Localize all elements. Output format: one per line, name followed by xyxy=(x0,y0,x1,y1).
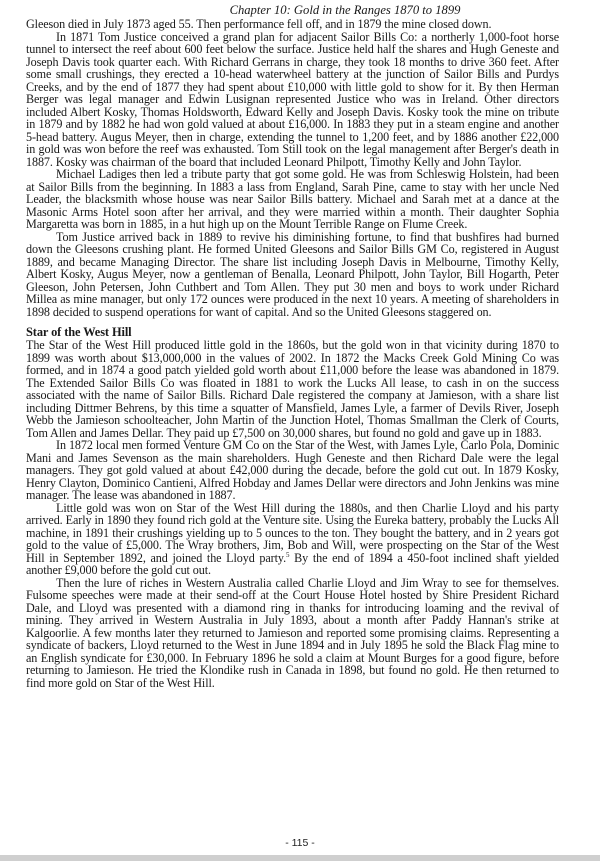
paragraph: In 1872 local men formed Venture GM Co o… xyxy=(26,439,559,502)
paragraph: Michael Ladiges then led a tribute party… xyxy=(26,168,559,231)
paragraph: Little gold was won on Star of the West … xyxy=(26,502,559,577)
paragraph: The Star of the West Hill produced littl… xyxy=(26,339,559,439)
paragraph: Then the lure of riches in Western Austr… xyxy=(26,577,559,690)
page-bottom-edge xyxy=(0,855,600,861)
paragraph: Tom Justice arrived back in 1889 to revi… xyxy=(26,231,559,319)
running-header: Chapter 10: Gold in the Ranges 1870 to 1… xyxy=(0,2,600,18)
document-page: Chapter 10: Gold in the Ranges 1870 to 1… xyxy=(0,0,600,855)
page-number: - 115 - xyxy=(0,837,600,849)
paragraph: Gleeson died in July 1873 aged 55. Then … xyxy=(26,18,559,31)
body-text: Gleeson died in July 1873 aged 55. Then … xyxy=(26,18,559,689)
paragraph: In 1871 Tom Justice conceived a grand pl… xyxy=(26,31,559,169)
